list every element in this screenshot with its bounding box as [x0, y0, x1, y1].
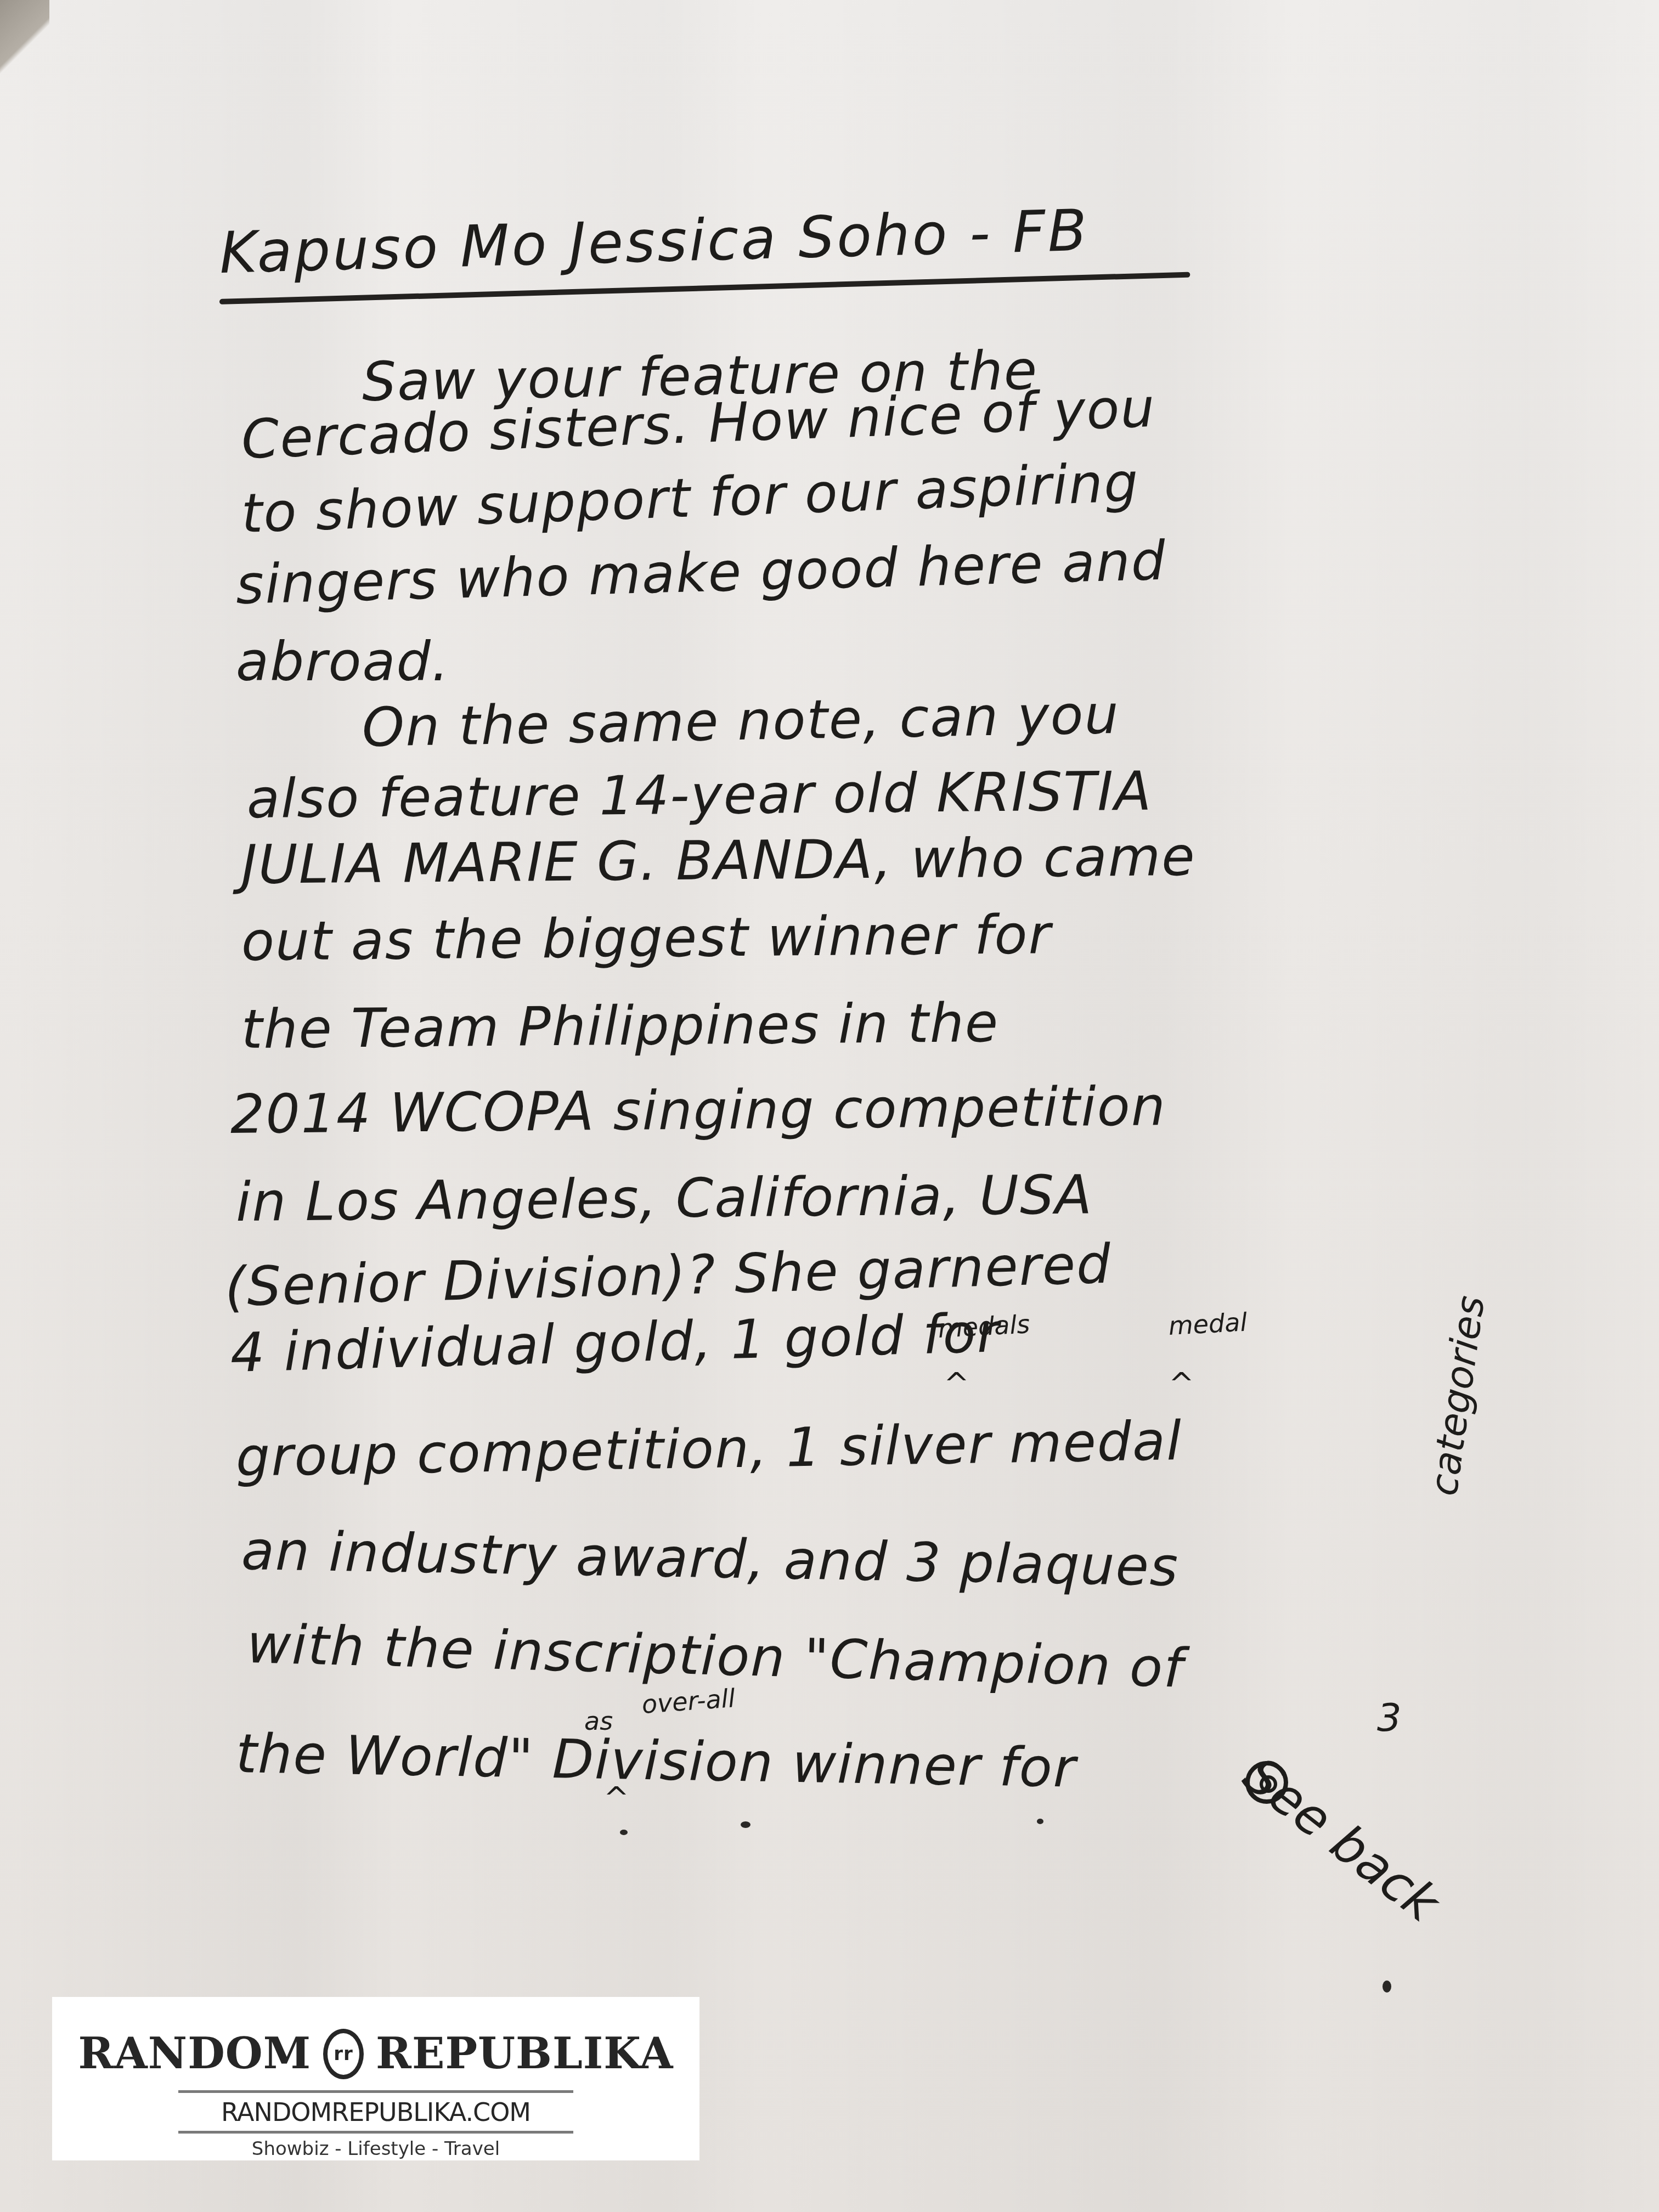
letter-line: also feature 14-year old KRISTIA	[247, 760, 1153, 831]
watermark-logo: RANDOM rr REPUBLIKA RANDOMREPUBLIKA.COM …	[52, 1997, 699, 2160]
handwritten-letter: Kapuso Mo Jessica Soho - FB Saw your fea…	[0, 0, 1659, 2212]
ink-speck	[741, 1821, 751, 1828]
letter-line: the Team Philippines in the	[241, 992, 1000, 1061]
logo-divider	[178, 2090, 573, 2093]
ink-speck	[1037, 1819, 1043, 1824]
insert-as: as	[584, 1706, 613, 1736]
logo-divider	[178, 2131, 573, 2134]
letter-line: in Los Angeles, California, USA	[236, 1164, 1093, 1234]
logo-brand-right: REPUBLIKA	[376, 2033, 673, 2075]
see-back-note: See back	[1233, 1745, 1450, 1933]
letter-line: abroad.	[236, 631, 450, 693]
insert-over-all: over-all	[641, 1683, 736, 1719]
insert-caret: ^	[944, 1366, 969, 1402]
letter-line: 2014 WCOPA singing competition	[230, 1075, 1167, 1146]
insert-medals: medals	[938, 1309, 1031, 1344]
logo-url: RANDOMREPUBLIKA.COM	[52, 2098, 699, 2126]
letter-line: an industry award, and 3 plaques	[241, 1520, 1180, 1599]
letter-line: the World" Division winner for	[235, 1723, 1077, 1800]
ink-speck	[1383, 1980, 1391, 1993]
letter-title: Kapuso Mo Jessica Soho - FB	[218, 197, 1090, 286]
logo-emblem-icon: rr	[323, 2029, 364, 2079]
letter-line: JULIA MARIE G. BANDA, who came	[241, 826, 1196, 896]
margin-note-categories: categories	[1421, 1293, 1493, 1499]
letter-line: group competition, 1 silver medal	[235, 1410, 1183, 1489]
insert-medal: medal	[1168, 1307, 1248, 1341]
logo-wordmark: RANDOM rr REPUBLIKA	[52, 2029, 699, 2079]
insert-caret: ^	[1169, 1366, 1194, 1402]
logo-brand-left: RANDOM	[78, 2033, 312, 2075]
insert-caret: ^	[603, 1780, 629, 1816]
letter-line: On the same note, can you	[362, 684, 1120, 759]
ink-speck	[620, 1830, 628, 1835]
letter-line: out as the biggest winner for	[241, 904, 1052, 973]
logo-tagline: Showbiz - Lifestyle - Travel	[52, 2138, 699, 2160]
letter-line: singers who make good here and	[235, 530, 1167, 617]
insert-number-3: 3	[1377, 1695, 1402, 1740]
